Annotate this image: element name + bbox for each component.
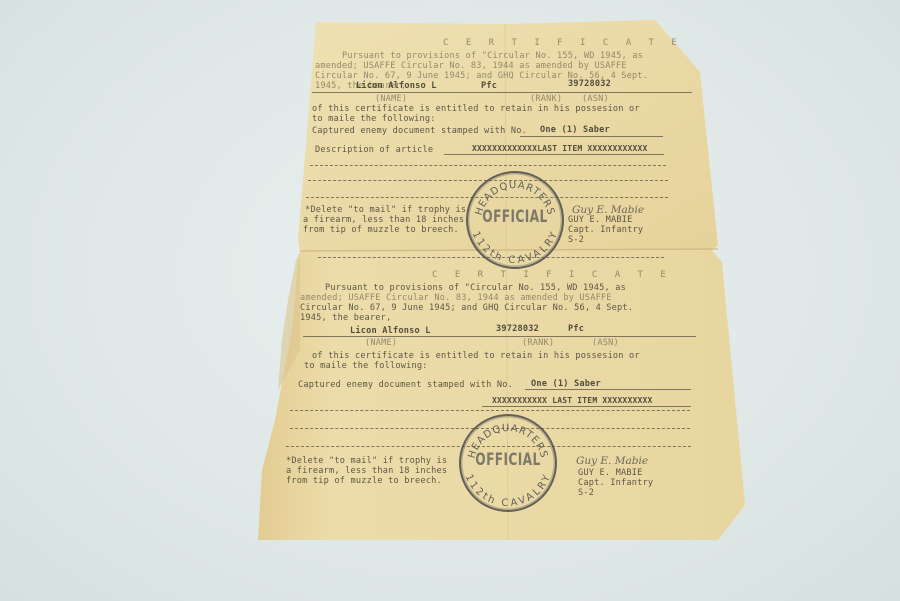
bottom-footnote-line-2: a firearm, less than 18 inches [286,466,447,476]
top-entitled-line-2: to maile the following: [312,114,436,124]
bottom-bearer-rank: Pfc [568,324,584,334]
bottom-footnote-line-1: *Delete "to mail" if trophy is [286,456,447,466]
tear-line [318,257,664,258]
bottom-paragraph-line-2: amended; USAFFE Circular No. 83, 1944 as… [300,293,612,303]
bottom-asn-label: (ASN) [592,338,619,348]
top-footnote-line-1: *Delete "to mail" if trophy is [305,205,466,215]
bottom-entitled-line-2: to maile the following: [304,361,428,371]
top-certificate-title: C E R T I F I C A T E [443,38,683,48]
top-entitled-line-1: of this certificate is entitled to retai… [312,104,640,114]
bottom-description-value: XXXXXXXXXXX LAST ITEM XXXXXXXXXX [492,396,653,406]
bottom-paragraph-line-4: 1945, the bearer, [300,313,391,323]
top-signer-section: S-2 [568,235,584,245]
bottom-captured-value: One (1) Saber [531,379,601,389]
bottom-signature: Guy E. Mabie [576,455,648,467]
bottom-certificate-title: C E R T I F I C A T E [432,270,672,280]
bottom-signer-title: Capt. Infantry [578,478,653,488]
top-stamp-official: OFFICIAL [481,207,549,227]
top-paragraph-line-2: amended; USAFFE Circular No. 83, 1944 as… [315,61,627,71]
top-name-rule [312,92,692,93]
bottom-description-rule [482,406,691,407]
bottom-paragraph-line-1: Pursuant to provisions of "Circular No. … [325,283,626,293]
top-captured-rule [520,136,663,137]
bottom-signer-section: S-2 [578,488,594,498]
bottom-bearer-serial: 39728032 [496,324,539,334]
top-description-rule [444,154,664,155]
bottom-name-label: (NAME) [365,338,397,348]
bottom-official-stamp: HEADQUARTERS 112th CAVALRY OFFICIAL [459,414,557,512]
top-rank-label: (RANK) [530,94,562,104]
top-footnote-line-2: a firearm, less than 18 inches [303,215,464,225]
bottom-captured-line: Captured enemy document stamped with No. [298,380,513,390]
top-blank-rule-1 [310,165,666,166]
top-captured-line: Captured enemy document stamped with No. [312,126,527,136]
bottom-footnote-line-3: from tip of muzzle to breech. [286,476,442,486]
top-name-label: (NAME) [375,94,407,104]
top-bearer-name: Licon Alfonso L [356,81,437,91]
svg-text:112th CAVALRY: 112th CAVALRY [470,230,561,266]
top-asn-label: (ASN) [582,94,609,104]
bottom-bearer-name: Licon Alfonso L [350,326,431,336]
bottom-paragraph-line-3: Circular No. 67, 9 June 1945; and GHQ Ci… [300,303,633,313]
top-description-value: XXXXXXXXXXXXXLAST ITEM XXXXXXXXXXXX [472,144,648,154]
svg-text:112th CAVALRY: 112th CAVALRY [463,473,554,509]
top-official-stamp: HEADQUARTERS 112th CAVALRY OFFICIAL [466,171,564,269]
top-bearer-rank: Pfc [481,81,497,91]
top-captured-value: One (1) Saber [540,125,610,135]
certificate-paper: C E R T I F I C A T E Pursuant to provis… [0,0,900,601]
bottom-rank-label: (RANK) [522,338,554,348]
top-signer-name: GUY E. MABIE [568,215,633,225]
bottom-entitled-line-1: of this certificate is entitled to retai… [312,351,640,361]
bottom-name-rule [303,336,696,337]
bottom-blank-rule-1 [290,410,690,411]
top-paragraph-line-1: Pursuant to provisions of "Circular No. … [342,51,643,61]
bottom-signer-name: GUY E. MABIE [578,468,643,478]
top-footnote-line-3: from tip of muzzle to breech. [303,225,459,235]
top-description-label: Description of article [315,145,433,155]
top-signer-title: Capt. Infantry [568,225,643,235]
bottom-captured-rule [525,389,691,390]
top-bearer-serial: 39728032 [568,79,611,89]
bottom-stamp-official: OFFICIAL [474,450,542,470]
